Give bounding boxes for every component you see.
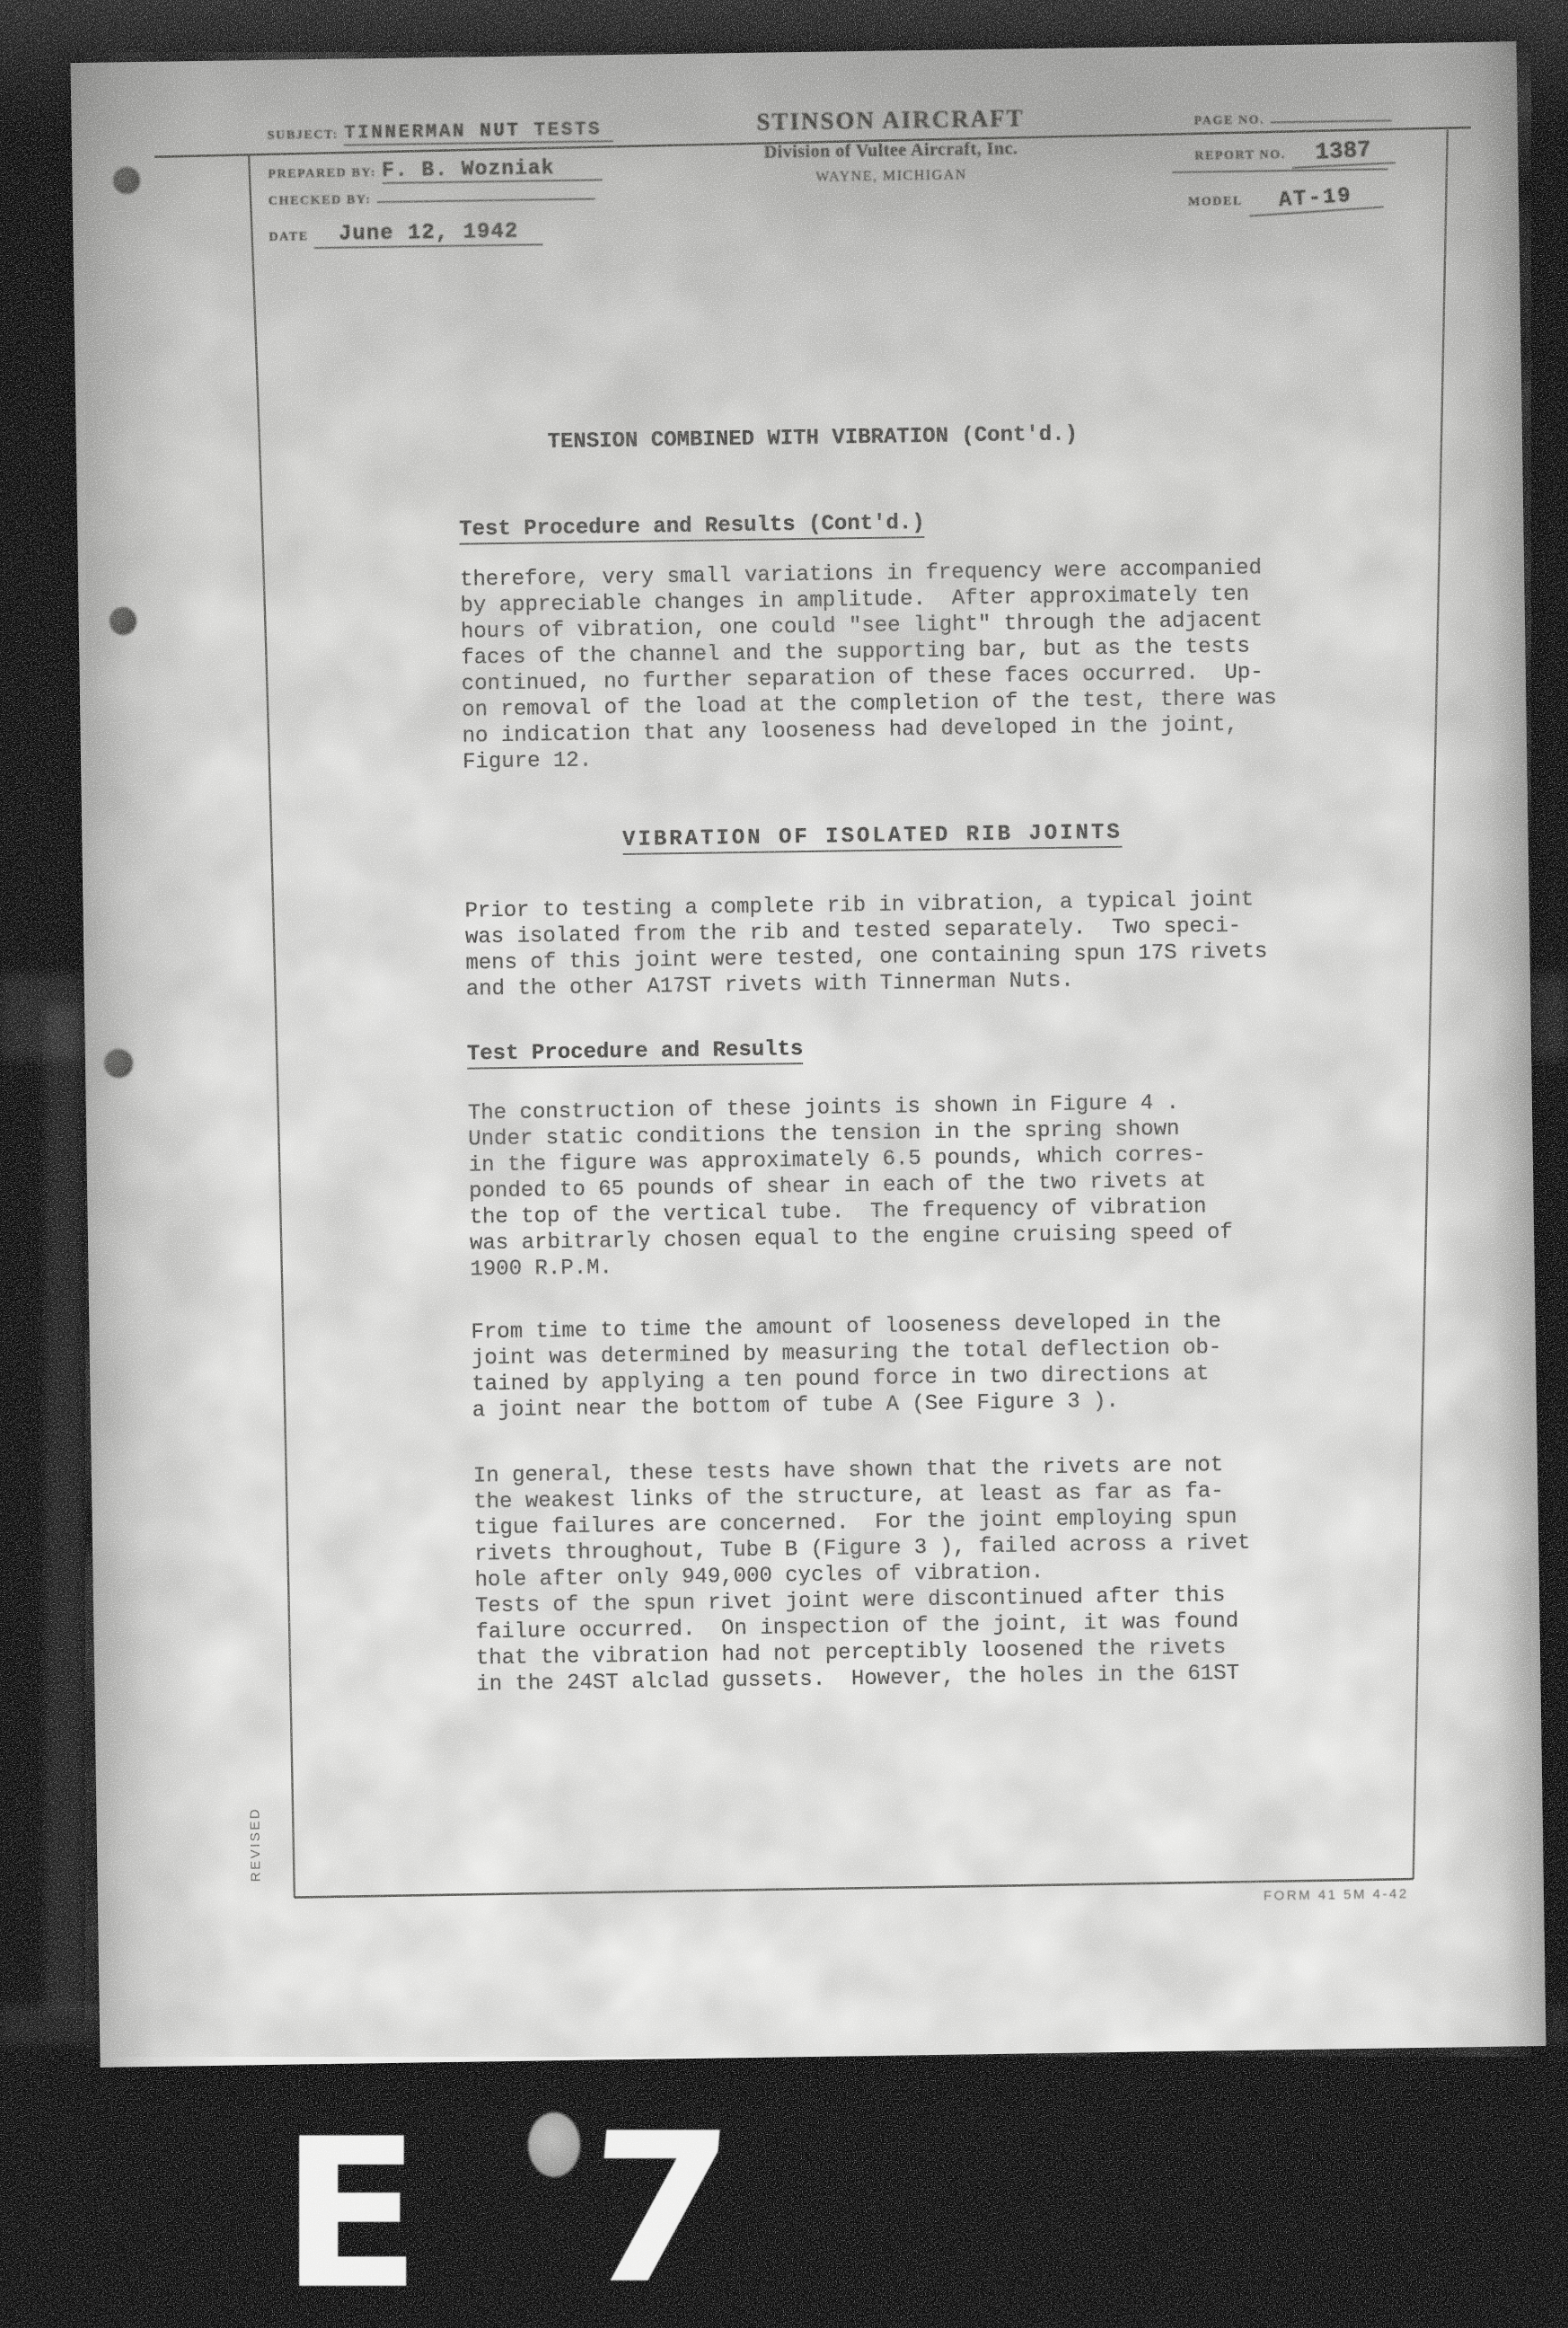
document-page: SUBJECT: TINNERMAN NUT TESTS PREPARED BY… <box>71 41 1546 2068</box>
company-name: STINSON AIRCRAFT <box>710 104 1070 137</box>
page-no-label: PAGE NO. <box>1194 113 1265 128</box>
date-field: DATE June 12, 1942 <box>269 219 543 250</box>
paragraph-3: The construction of these joints is show… <box>468 1089 1234 1283</box>
subheading-test-procedure: Test Procedure and Results <box>467 1037 804 1070</box>
film-edge-streak <box>45 1006 84 2012</box>
checked-by-value <box>377 198 595 203</box>
model-label: MODEL <box>1188 195 1243 210</box>
punch-hole <box>113 167 140 194</box>
page-no-value <box>1270 119 1391 123</box>
paragraph-1: therefore, very small variations in freq… <box>460 555 1278 775</box>
film-label-letter: E <box>280 2112 421 2319</box>
film-label-dot <box>528 2112 580 2177</box>
paragraph-2: Prior to testing a complete rib in vibra… <box>464 886 1268 1002</box>
punch-hole <box>110 607 137 635</box>
paragraph-4: From time to time the amount of loosenes… <box>471 1309 1222 1424</box>
prepared-by-label: PREPARED BY: <box>268 166 376 182</box>
header-rule <box>1172 158 1387 178</box>
page-border <box>71 41 1546 2068</box>
model-value: AT-19 <box>1247 182 1384 217</box>
prepared-by-field: PREPARED BY: F. B. Wozniak <box>268 155 602 186</box>
subject-label: SUBJECT: <box>268 128 339 144</box>
model-field: MODEL AT-19 <box>1188 185 1383 214</box>
microfilm-frame: SUBJECT: TINNERMAN NUT TESTS PREPARED BY… <box>0 0 1568 2328</box>
prepared-by-value: F. B. Wozniak <box>382 155 602 184</box>
date-value: June 12, 1942 <box>313 219 542 249</box>
form-number: FORM 41 5M 4-42 <box>1264 1886 1409 1903</box>
page-no-field: PAGE NO. <box>1194 111 1392 128</box>
subject-value: TINNERMAN NUT TESTS <box>344 119 613 145</box>
date-label: DATE <box>269 230 308 245</box>
checked-by-label: CHECKED BY: <box>269 193 372 209</box>
revised-mark: REVISED <box>247 1807 263 1883</box>
paragraph-5: In general, these tests have shown that … <box>473 1452 1253 1698</box>
film-label-number: 7 <box>577 2107 738 2314</box>
company-division: Division of Vultee Aircraft, Inc. <box>711 138 1070 164</box>
company-block: STINSON AIRCRAFT Division of Vultee Airc… <box>710 104 1070 188</box>
punch-hole <box>104 1049 133 1078</box>
